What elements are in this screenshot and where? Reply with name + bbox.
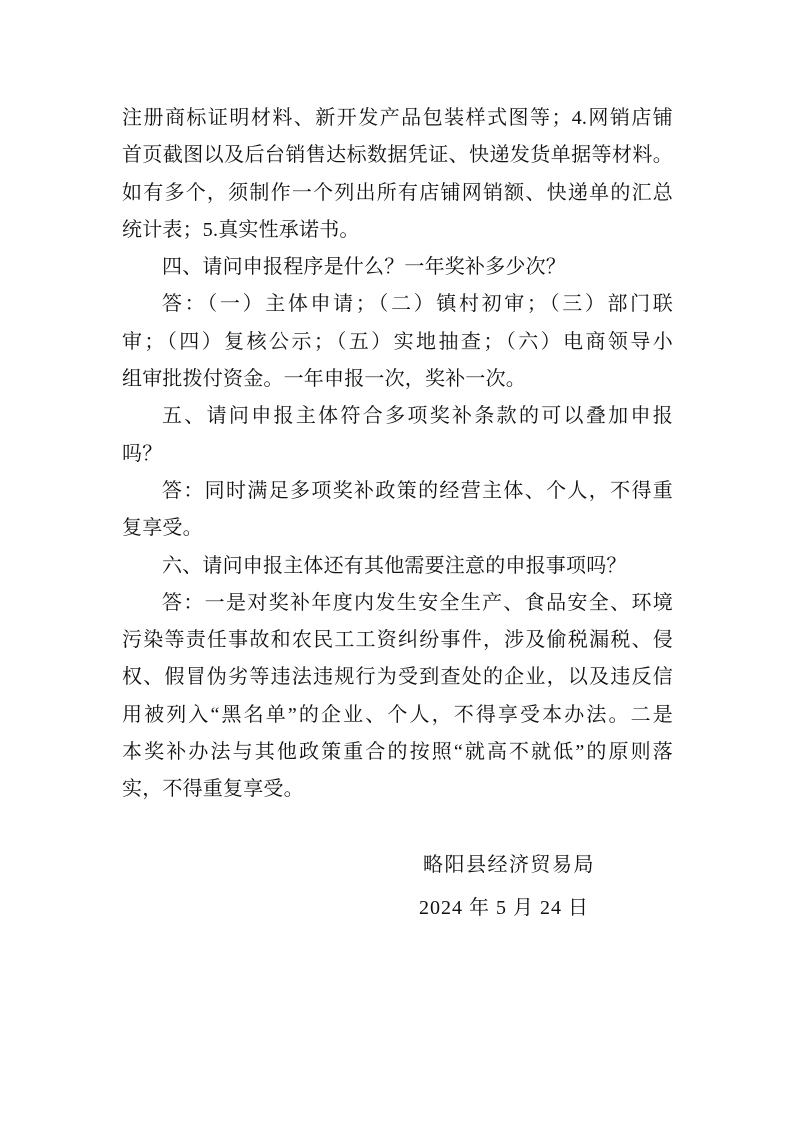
body-line-answer-6: 答：一是对奖补年度内发生安全生产、食品安全、环境	[122, 585, 673, 622]
body-line: 吗？	[122, 436, 673, 473]
body-line: 实，不得重复享受。	[122, 771, 673, 808]
body-line: 统计表；5.真实性承诺书。	[122, 212, 673, 249]
body-line-question-4: 四、请问申报程序是什么？一年奖补多少次？	[122, 249, 673, 286]
body-line: 首页截图以及后台销售达标数据凭证、快递发货单据等材料。	[122, 137, 673, 174]
issue-date: 2024 年 5 月 24 日	[122, 890, 673, 927]
body-line-answer-4: 答：（一）主体申请；（二）镇村初审；（三）部门联	[122, 286, 673, 323]
body-line-question-5: 五、请问申报主体符合多项奖补条款的可以叠加申报	[122, 398, 673, 435]
body-line: 审；（四）复核公示；（五）实地抽查；（六）电商领导小	[122, 324, 673, 361]
body-line: 组审批拨付资金。一年申报一次，奖补一次。	[122, 361, 673, 398]
body-line-answer-5: 答：同时满足多项奖补政策的经营主体、个人，不得重	[122, 473, 673, 510]
document-body: 注册商标证明材料、新开发产品包装样式图等；4.网销店铺 首页截图以及后台销售达标…	[122, 100, 673, 927]
issuing-authority: 略阳县经济贸易局	[122, 847, 673, 884]
body-line: 本奖补办法与其他政策重合的按照“就高不就低”的原则落	[122, 734, 673, 771]
document-page: 注册商标证明材料、新开发产品包装样式图等；4.网销店铺 首页截图以及后台销售达标…	[0, 0, 793, 1122]
body-line: 用被列入“黑名单”的企业、个人，不得享受本办法。二是	[122, 697, 673, 734]
body-line: 权、假冒伪劣等违法违规行为受到查处的企业，以及违反信	[122, 659, 673, 696]
body-line: 注册商标证明材料、新开发产品包装样式图等；4.网销店铺	[122, 100, 673, 137]
body-line: 复享受。	[122, 510, 673, 547]
body-line: 如有多个，须制作一个列出所有店铺网销额、快递单的汇总	[122, 175, 673, 212]
signature-block: 略阳县经济贸易局 2024 年 5 月 24 日	[122, 847, 673, 928]
body-line-question-6: 六、请问申报主体还有其他需要注意的申报事项吗？	[122, 548, 673, 585]
body-line: 污染等责任事故和农民工工资纠纷事件，涉及偷税漏税、侵	[122, 622, 673, 659]
